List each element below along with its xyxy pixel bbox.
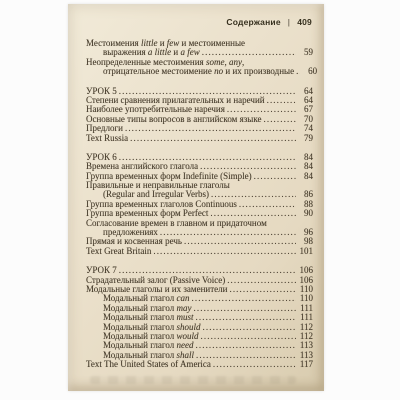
running-header: Содержание | 409 [68,17,312,27]
dot-leader [196,351,296,360]
dot-leader [239,200,296,209]
dot-leader [229,285,296,294]
entry-title: Text The United States of America [86,360,211,369]
contents-page: Содержание | 409 Местоимения little и fe… [68,4,324,391]
entry-page-number: 101 [299,247,313,256]
dot-leader [201,332,296,341]
entry-title: отрицательное местоимение no и их произв… [103,67,294,76]
entry-title: Text Russia [86,134,128,143]
toc-entry: Text Great Britain101 [86,247,313,256]
dot-leader [203,323,296,332]
toc-section: УРОК 684Времена английского глагола84Гру… [86,153,313,256]
header-separator: | [288,17,290,27]
toc-list: Местоимения little и few и местоименныев… [86,39,313,370]
page-showthrough [90,376,296,384]
dot-leader [153,247,296,256]
dot-leader [267,96,296,105]
entry-page-number: 59 [299,48,313,57]
dot-leader [213,360,296,369]
entry-title: Text Great Britain [86,247,151,256]
toc-section: УРОК 7106Страдательный залог (Passive Vo… [86,266,313,369]
entry-page-number: 84 [299,172,313,181]
dot-leader [125,124,296,133]
entry-page-number: 117 [299,360,313,369]
dot-leader [192,294,296,303]
book-photo: Содержание | 409 Местоимения little и fe… [0,0,400,400]
toc-section: УРОК 564Степени сравнения прилагательных… [86,87,313,143]
dot-leader [227,276,296,285]
dot-leader [184,237,296,246]
toc-entry: Text The United States of America117 [86,360,313,369]
dot-leader [296,67,300,76]
entry-page-number: 79 [299,134,313,143]
toc-section: Местоимения little и few и местоименныев… [86,39,313,77]
toc-entry: отрицательное местоимение no и их произв… [86,67,313,76]
dot-leader [196,313,296,322]
header-title: Содержание [226,17,280,27]
dot-leader [196,341,296,350]
dot-leader [194,304,296,313]
entry-page-number: 90 [299,209,313,218]
header-page-number: 409 [297,17,312,27]
dot-leader [130,134,296,143]
dot-leader [264,115,297,124]
dot-leader [254,172,296,181]
toc-entry: Text Russia79 [86,134,313,143]
entry-page-number: 60 [303,67,317,76]
